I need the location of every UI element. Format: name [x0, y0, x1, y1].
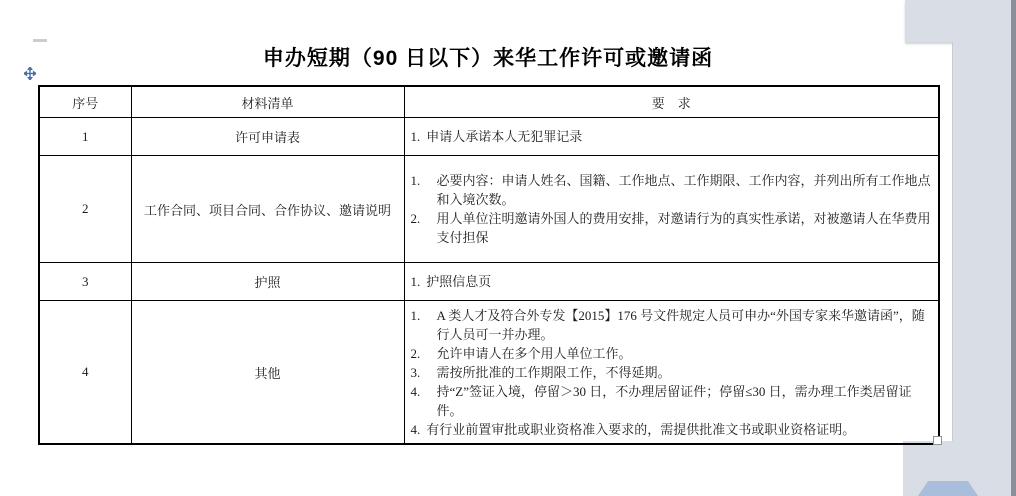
window-edge-strip — [1011, 0, 1016, 496]
row-material[interactable]: 护照 — [131, 263, 404, 301]
item-number: 1. — [411, 306, 437, 344]
item-text: 申请人承诺本人无犯罪记录 — [426, 127, 932, 146]
item-text: 必要内容：申请人姓名、国籍、工作地点、工作期限、工作内容，并列出所有工作地点和入… — [437, 171, 933, 209]
requirement-item: 1. A 类人才及符合外专发【2015】176 号文件规定人员可申办“外国专家来… — [411, 306, 933, 344]
item-text: 需按所批准的工作期限工作，不得延期。 — [437, 363, 933, 382]
row-requirements[interactable]: 1. 护照信息页 — [404, 263, 939, 301]
row-material[interactable]: 其他 — [131, 301, 404, 445]
requirements-table: 序号 材料清单 要 求 1 许可申请表 1. 申请人承诺本人无犯罪记录 2 工作… — [38, 85, 940, 445]
item-text: 用人单位注明邀请外国人的费用安排，对邀请行为的真实性承诺，对被邀请人在华费用支付… — [437, 209, 933, 247]
row-material[interactable]: 工作合同、项目合同、合作协议、邀请说明 — [131, 156, 404, 263]
col-header-material[interactable]: 材料清单 — [131, 86, 404, 118]
requirement-item: 2. 允许申请人在多个用人单位工作。 — [411, 344, 933, 363]
item-number: 3. — [411, 363, 437, 382]
row-requirements[interactable]: 1. 必要内容：申请人姓名、国籍、工作地点、工作期限、工作内容，并列出所有工作地… — [404, 156, 939, 263]
item-text: A 类人才及符合外专发【2015】176 号文件规定人员可申办“外国专家来华邀请… — [437, 306, 933, 344]
requirement-item: 4. 持“Z”签证入境，停留＞30 日，不办理居留证件；停留≤30 日，需办理工… — [411, 382, 933, 420]
requirement-item: 3. 需按所批准的工作期限工作，不得延期。 — [411, 363, 933, 382]
item-text: 允许申请人在多个用人单位工作。 — [437, 344, 933, 363]
row-no[interactable]: 4 — [39, 301, 131, 445]
col-header-no[interactable]: 序号 — [39, 86, 131, 118]
background-top-right-block — [905, 0, 1011, 42]
item-number: 1. — [411, 127, 421, 146]
requirement-item: 2. 用人单位注明邀请外国人的费用安排，对邀请行为的真实性承诺，对被邀请人在华费… — [411, 209, 933, 247]
table-row-4: 4 其他 1. A 类人才及符合外专发【2015】176 号文件规定人员可申办“… — [39, 301, 939, 445]
requirement-item: 1. 护照信息页 — [411, 272, 933, 291]
table-move-handle-icon[interactable] — [24, 67, 36, 80]
table-row-2: 2 工作合同、项目合同、合作协议、邀请说明 1. 必要内容：申请人姓名、国籍、工… — [39, 156, 939, 263]
item-number: 2. — [411, 209, 437, 247]
background-right-margin — [952, 42, 1012, 441]
item-text: 有行业前置审批或职业资格准入要求的，需提供批准文书或职业资格证明。 — [426, 420, 932, 439]
header-row: 序号 材料清单 要 求 — [39, 86, 939, 118]
col-header-requirement[interactable]: 要 求 — [404, 86, 939, 118]
row-no[interactable]: 3 — [39, 263, 131, 301]
item-number: 2. — [411, 344, 437, 363]
row-requirements[interactable]: 1. 申请人承诺本人无犯罪记录 — [404, 118, 939, 156]
row-no[interactable]: 1 — [39, 118, 131, 156]
row-material[interactable]: 许可申请表 — [131, 118, 404, 156]
background-trapezoid-artifact — [918, 481, 978, 496]
requirement-item: 4. 有行业前置审批或职业资格准入要求的，需提供批准文书或职业资格证明。 — [411, 420, 933, 439]
word-document-canvas: 申办短期（90 日以下）来华工作许可或邀请函 序号 材料清单 要 求 1 许可申… — [0, 0, 1016, 496]
table-row-1: 1 许可申请表 1. 申请人承诺本人无犯罪记录 — [39, 118, 939, 156]
item-text: 护照信息页 — [426, 272, 932, 291]
requirement-item: 1. 必要内容：申请人姓名、国籍、工作地点、工作期限、工作内容，并列出所有工作地… — [411, 171, 933, 209]
table-row-3: 3 护照 1. 护照信息页 — [39, 263, 939, 301]
item-number: 1. — [411, 272, 421, 291]
item-number: 4. — [411, 382, 437, 420]
row-no[interactable]: 2 — [39, 156, 131, 263]
document-title[interactable]: 申办短期（90 日以下）来华工作许可或邀请函 — [38, 42, 938, 72]
item-number: 1. — [411, 171, 437, 209]
item-text: 持“Z”签证入境，停留＞30 日，不办理居留证件；停留≤30 日，需办理工作类居… — [437, 382, 933, 420]
table-resize-handle[interactable] — [933, 436, 942, 445]
item-number: 4. — [411, 420, 421, 439]
row-requirements[interactable]: 1. A 类人才及符合外专发【2015】176 号文件规定人员可申办“外国专家来… — [404, 301, 939, 445]
requirement-item: 1. 申请人承诺本人无犯罪记录 — [411, 127, 933, 146]
